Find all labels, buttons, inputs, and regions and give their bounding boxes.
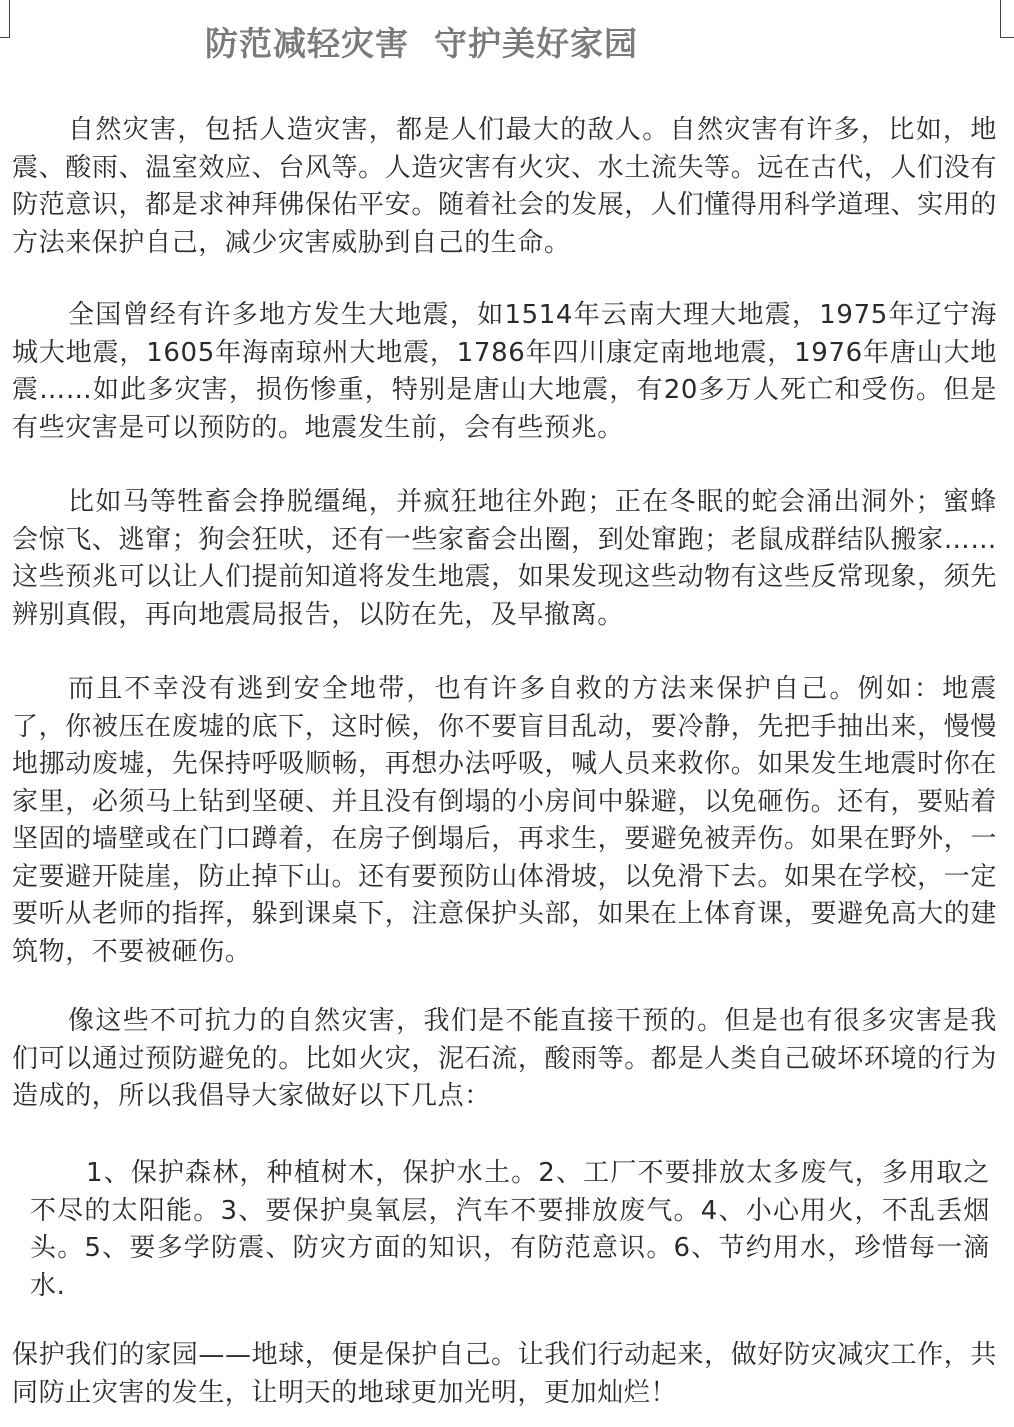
paragraph-intro: 自然灾害，包括人造灾害，都是人们最大的敌人。自然灾害有许多，比如，地震、酸雨、温… [12,112,997,262]
crop-mark-top-right [1000,0,1014,38]
paragraph-recommendations-list: 1、保护森林，种植树木，保护水土。2、工厂不要排放太多废气，多用取之不尽的太阳能… [30,1155,990,1305]
paragraph-prevention: 像这些不可抗力的自然灾害，我们是不能直接干预的。但是也有很多灾害是我们可以通过预… [12,1003,997,1116]
paragraph-conclusion: 保护我们的家园——地球，便是保护自己。让我们行动起来，做好防灾减灾工作，共同防止… [12,1337,997,1412]
document-title: 防范减轻灾害 守护美好家园 [205,18,638,65]
paragraph-earthquake-signs: 比如马等牲畜会挣脱缰绳，并疯狂地往外跑；正在冬眠的蛇会涌出洞外；蜜蜂会惊飞、逃窜… [12,484,997,634]
paragraph-self-rescue: 而且不幸没有逃到安全地带，也有许多自救的方法来保护自己。例如：地震了，你被压在废… [12,671,997,971]
paragraph-earthquake-history: 全国曾经有许多地方发生大地震，如1514年云南大理大地震，1975年辽宁海城大地… [12,297,997,447]
crop-mark-top-left [0,0,10,38]
